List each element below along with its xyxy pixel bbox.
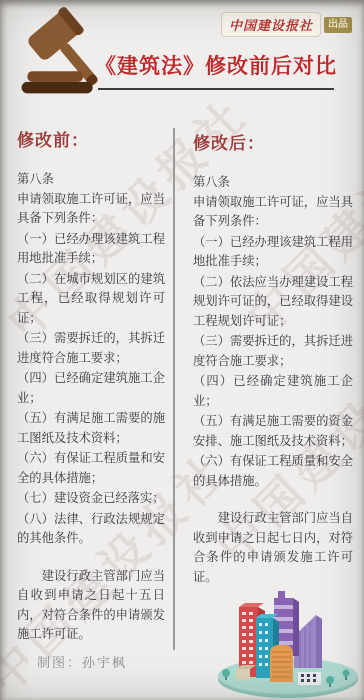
clause-item: （二）依法应当办理建设工程规划许可证的，已经取得建设工程规划许可证； [193, 273, 353, 332]
clause-item: （三）需要拆迁的，其拆迁进度符合施工要求； [193, 332, 353, 371]
article-intro: 申请领取施工许可证，应当具备下列条件： [193, 193, 353, 232]
clause-item: （四）已经确定建筑施工企业； [193, 372, 353, 411]
clause-item: （一）已经办理该建筑工程用地批准手续； [17, 230, 165, 269]
page-title: 《建筑法》修改前后对比 [94, 50, 338, 80]
publisher-badge: 出品 [324, 17, 352, 33]
infographic-poster: 中国建设报社 中国建设报社 中国建设报社 中国建设报社 中国建设报社 出品 《建… [0, 0, 364, 700]
clause-list: （一）已经办理该建筑工程用地批准手续；（二）依法应当办理建设工程规划许可证的，已… [193, 233, 353, 492]
credit-line: 制图：孙宇枫 [37, 652, 127, 671]
column-divider [173, 128, 175, 650]
before-heading: 修改前： [17, 126, 165, 151]
before-column: 修改前： 第八条 申请领取施工许可证，应当具备下列条件： （一）已经办理该建筑工… [17, 126, 165, 645]
clause-item: （五）有满足施工需要的资金安排、施工图纸及技术资料； [193, 412, 353, 451]
clause-item: （一）已经办理该建筑工程用地批准手续； [193, 233, 353, 272]
city-buildings-illustration [212, 590, 364, 700]
clause-item: （六）有保证工程质量和安全的具体措施； [17, 449, 165, 488]
clause-item: （八）法律、行政法规规定的其他条件。 [17, 510, 165, 549]
clause-item: （七）建设资金已经落实； [17, 489, 165, 509]
publisher-brand: 中国建设报社 出品 [221, 12, 352, 37]
title-underline [98, 88, 334, 90]
after-heading: 修改后： [193, 129, 353, 154]
clause-item: （二）在城市规划区的建筑工程，已经取得规划许可证； [17, 270, 165, 329]
closing-paragraph: 建设行政主管部门应当自收到申请之日起十五日内，对符合条件的申请颁发施工许可证。 [17, 567, 165, 645]
article-intro: 申请领取施工许可证，应当具备下列条件： [17, 190, 165, 229]
clause-item: （四）已经确定建筑施工企业； [17, 369, 165, 408]
closing-paragraph: 建设行政主管部门应当自收到申请之日起七日内，对符合条件的申请颁发施工许可证。 [193, 509, 353, 587]
after-column: 修改后： 第八条 申请领取施工许可证，应当具备下列条件： （一）已经办理该建筑工… [193, 129, 353, 587]
clause-item: （五）有满足施工需要的施工图纸及技术资料； [17, 409, 165, 448]
article-number: 第八条 [193, 173, 353, 193]
clause-item: （六）有保证工程质量和安全的具体措施。 [193, 452, 353, 491]
clause-item: （三）需要拆迁的，其拆迁进度符合施工要求； [17, 329, 165, 368]
publisher-name: 中国建设报社 [221, 12, 321, 37]
clause-list: （一）已经办理该建筑工程用地批准手续；（二）在城市规划区的建筑工程，已经取得规划… [17, 230, 165, 549]
article-number: 第八条 [17, 170, 165, 190]
